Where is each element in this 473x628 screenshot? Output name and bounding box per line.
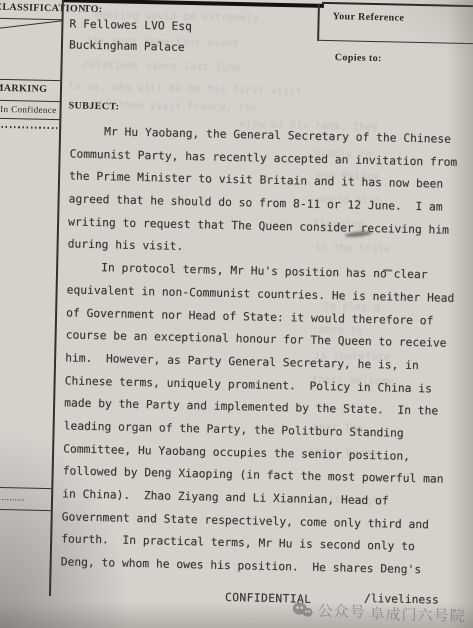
- reference-box-bottom-line: [317, 40, 473, 45]
- wechat-icon: [293, 602, 315, 618]
- signature-box-bottom-line: [0, 509, 51, 512]
- letter-body: Mr Hu Yaobang, the General Secretary of …: [60, 120, 457, 582]
- confidence-box-bottom-line: [0, 118, 59, 121]
- bleedthrough-text: relations since last June.: [82, 59, 247, 75]
- watermark-prefix: 公众号: [317, 600, 365, 622]
- bleedthrough-text: to us, who will be on his first visit: [68, 80, 302, 97]
- dotted-rule: [0, 126, 57, 129]
- copies-to-label: Copies to:: [335, 52, 382, 64]
- in-confidence-label: .In Confidence: [0, 104, 57, 115]
- subject-label: SUBJECT:: [69, 100, 120, 112]
- recipient-name: R Fellowes LVO Esq: [69, 17, 192, 33]
- to-label: TO:: [84, 4, 103, 15]
- marking-label: MARKING: [0, 83, 47, 95]
- stray-mark: [383, 269, 392, 271]
- signature-box-top-line: [0, 487, 51, 490]
- scanned-document-page: meeting would be extremelythe most impor…: [0, 0, 473, 628]
- your-reference-label: Your Reference: [333, 11, 405, 24]
- watermark-account: 阜成门六号院: [369, 603, 465, 626]
- classification-box-line: [0, 18, 62, 21]
- classification-box-diagonal-line: [0, 20, 63, 29]
- document-content: meeting would be extremelythe most impor…: [0, 0, 473, 628]
- signature-dots-label: s)............: [0, 492, 25, 503]
- marking-box-bottom-line: [0, 100, 60, 103]
- recipient-address: Buckingham Palace: [69, 38, 185, 54]
- reference-box-left-line: [317, 4, 319, 41]
- classification-label: CLASSIFICATION: [0, 2, 86, 15]
- marking-box-top-line: [0, 79, 60, 82]
